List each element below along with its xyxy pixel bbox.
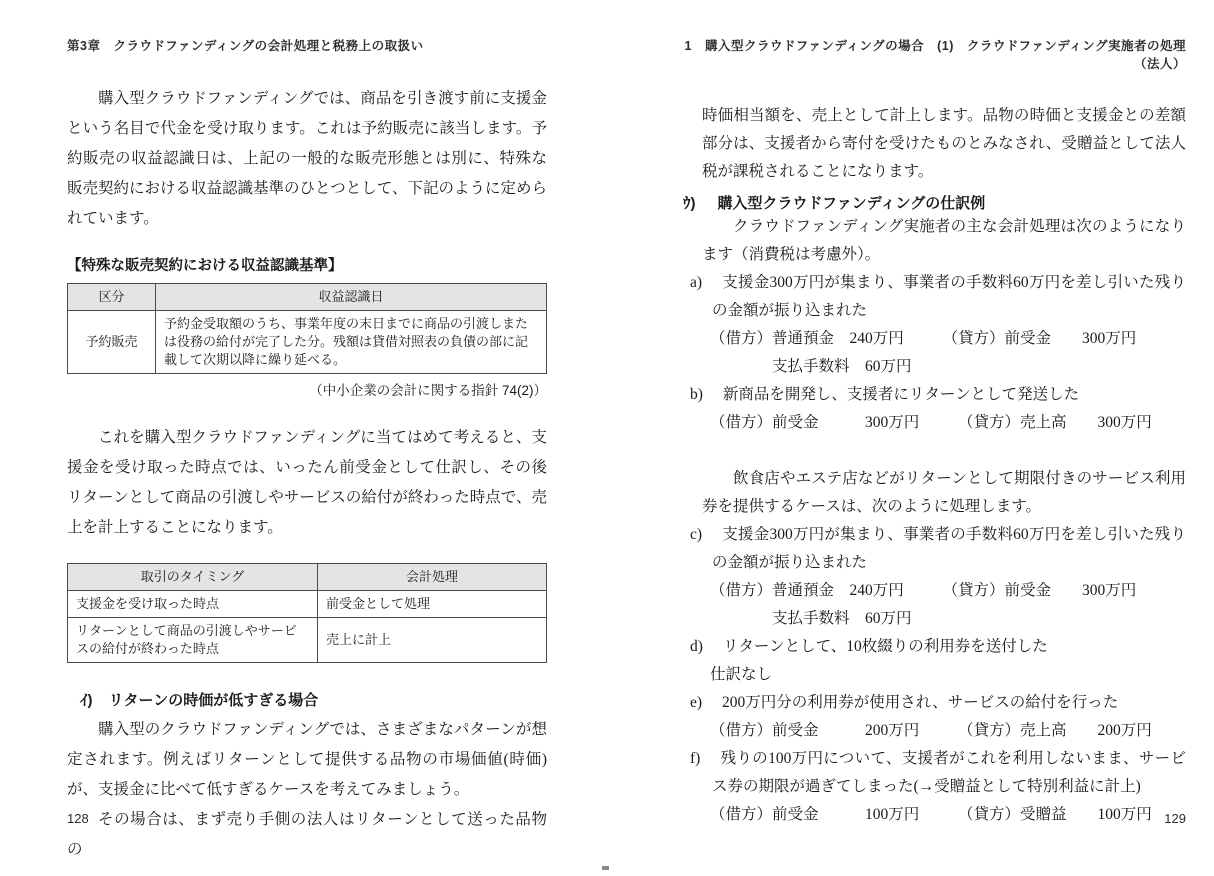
running-head-left: 第3章 クラウドファンディングの会計処理と税務上の取扱い [67, 36, 547, 54]
treatment-cell: 売上に計上 [318, 618, 547, 663]
category-cell: 予約販売 [68, 311, 156, 374]
table-header-row: 区分 収益認識日 [68, 284, 547, 311]
journal-line: 支払手数料 60万円 [710, 605, 1186, 633]
subsection-heading-low-fair-value: ｲ)リターンの時価が低すぎる場合 [67, 689, 547, 710]
subsection-title: 購入型クラウドファンディングの仕訳例 [718, 195, 986, 212]
entry-description: a)支援金300万円が集まり、事業者の手数料60万円を差し引いた残りの金額が振り… [690, 269, 1186, 325]
table-header-row: 取引のタイミング 会計処理 [68, 564, 547, 591]
entry-marker: f) [690, 750, 700, 767]
binding-mark [602, 866, 609, 870]
page-number-right: 129 [1164, 811, 1186, 826]
journal-entry-d: d)リターンとして、10枚綴りの利用券を送付した 仕訳なし [690, 633, 1186, 689]
treatment-cell: 前受金として処理 [318, 591, 547, 618]
entry-marker: c) [690, 526, 702, 543]
table1-caption: 【特殊な販売契約における収益認識基準】 [67, 254, 547, 275]
journal-line: （借方）前受金 200万円 （貸方）売上高 200万円 [710, 717, 1186, 745]
entry-marker: e) [690, 694, 702, 711]
para-continuation: 時価相当額を、売上として計上します。品物の時価と支援金との差額部分は、支援者から… [702, 102, 1186, 186]
table-row: 予約販売 予約金受取額のうち、事業年度の末日までに商品の引渡しまたは役務の給付が… [68, 311, 547, 374]
subsection-marker: ｳ) [683, 195, 696, 212]
column-header: 収益認識日 [156, 284, 547, 311]
entry-text: 残りの100万円について、支援者がこれを利用しないまま、サービス券の期限が過ぎて… [712, 750, 1186, 795]
entry-description: b)新商品を開発し、支援者にリターンとして発送した [690, 381, 1186, 409]
entry-description: f)残りの100万円について、支援者がこれを利用しないまま、サービス券の期限が過… [690, 745, 1186, 801]
table-row: 支援金を受け取った時点 前受金として処理 [68, 591, 547, 618]
subsection-title: リターンの時価が低すぎる場合 [109, 692, 319, 709]
table1-source-note: （中小企業の会計に関する指針 74(2)） [67, 379, 547, 399]
revenue-recognition-table: 区分 収益認識日 予約販売 予約金受取額のうち、事業年度の末日までに商品の引渡し… [67, 283, 547, 374]
subsection-marker: ｲ) [80, 692, 93, 709]
timing-treatment-table: 取引のタイミング 会計処理 支援金を受け取った時点 前受金として処理 リターンと… [67, 563, 547, 663]
blank-line [676, 437, 1186, 465]
entry-marker: b) [690, 386, 703, 403]
journal-line: （借方）前受金 300万円 （貸方）売上高 300万円 [710, 409, 1186, 437]
journal-line: （借方）前受金 100万円 （貸方）受贈益 100万円 [710, 801, 1186, 829]
journal-entry-e: e)200万円分の利用券が使用され、サービスの給付を行った （借方）前受金 20… [690, 689, 1186, 745]
page-number-left: 128 [67, 811, 89, 826]
page-right: 1 購入型クラウドファンディングの場合 (1) クラウドファンディング実施者の処… [676, 36, 1186, 826]
entry-text: 支援金300万円が集まり、事業者の手数料60万円を差し引いた残りの金額が振り込ま… [712, 274, 1186, 319]
journal-line: （借方）普通預金 240万円 （貸方）前受金 300万円 [710, 325, 1186, 353]
timing-cell: 支援金を受け取った時点 [68, 591, 318, 618]
entry-text: リターンとして、10枚綴りの利用券を送付した [723, 638, 1048, 655]
entry-marker: d) [690, 638, 703, 655]
entry-marker: a) [690, 274, 702, 291]
journal-entry-b: b)新商品を開発し、支援者にリターンとして発送した （借方）前受金 300万円 … [690, 381, 1186, 437]
entry-description: e)200万円分の利用券が使用され、サービスの給付を行った [690, 689, 1186, 717]
subsection-heading-journal-examples: ｳ)購入型クラウドファンディングの仕訳例 [676, 192, 1186, 213]
book-spread: 第3章 クラウドファンディングの会計処理と税務上の取扱い 購入型クラウドファンデ… [0, 0, 1214, 876]
table-row: リターンとして商品の引渡しやサービスの給付が終わった時点 売上に計上 [68, 618, 547, 663]
running-head-right: 1 購入型クラウドファンディングの場合 (1) クラウドファンディング実施者の処… [676, 36, 1186, 72]
page-left: 第3章 クラウドファンディングの会計処理と税務上の取扱い 購入型クラウドファンデ… [67, 36, 547, 826]
para-service-ticket-intro: 飲食店やエステ店などがリターンとして期限付きのサービス利用券を提供するケースは、… [702, 465, 1186, 521]
journal-entry-c: c)支援金300万円が集まり、事業者の手数料60万円を差し引いた残りの金額が振り… [690, 521, 1186, 633]
column-header: 会計処理 [318, 564, 547, 591]
journal-line: 支払手数料 60万円 [710, 353, 1186, 381]
para-journal-intro: クラウドファンディング実施者の主な会計処理は次のようになります（消費税は考慮外）… [702, 213, 1186, 269]
entry-text: 200万円分の利用券が使用され、サービスの給付を行った [722, 694, 1118, 711]
entry-description: d)リターンとして、10枚綴りの利用券を送付した [690, 633, 1186, 661]
entry-text: 支援金300万円が集まり、事業者の手数料60万円を差し引いた残りの金額が振り込ま… [712, 526, 1186, 571]
journal-entry-a: a)支援金300万円が集まり、事業者の手数料60万円を差し引いた残りの金額が振り… [690, 269, 1186, 381]
entry-text: 新商品を開発し、支援者にリターンとして発送した [723, 386, 1079, 403]
journal-line: （借方）普通預金 240万円 （貸方）前受金 300万円 [710, 577, 1186, 605]
para-pattern-intro: 購入型のクラウドファンディングでは、さまざまなパターンが想定されます。例えばリタ… [67, 715, 547, 805]
description-cell: 予約金受取額のうち、事業年度の末日までに商品の引渡しまたは役務の給付が完了した分… [156, 311, 547, 374]
para-pattern-cont: その場合は、まず売り手側の法人はリターンとして送った品物の [67, 805, 547, 865]
journal-note: 仕訳なし [710, 661, 1186, 689]
entry-description: c)支援金300万円が集まり、事業者の手数料60万円を差し引いた残りの金額が振り… [690, 521, 1186, 577]
para-prepaid-sales-intro: 購入型クラウドファンディングでは、商品を引き渡す前に支援金という名目で代金を受け… [67, 84, 547, 234]
journal-entry-f: f)残りの100万円について、支援者がこれを利用しないまま、サービス券の期限が過… [690, 745, 1186, 829]
para-apply-to-crowdfunding: これを購入型クラウドファンディングに当てはめて考えると、支援金を受け取った時点で… [67, 423, 547, 543]
column-header: 取引のタイミング [68, 564, 318, 591]
column-header: 区分 [68, 284, 156, 311]
timing-cell: リターンとして商品の引渡しやサービスの給付が終わった時点 [68, 618, 318, 663]
